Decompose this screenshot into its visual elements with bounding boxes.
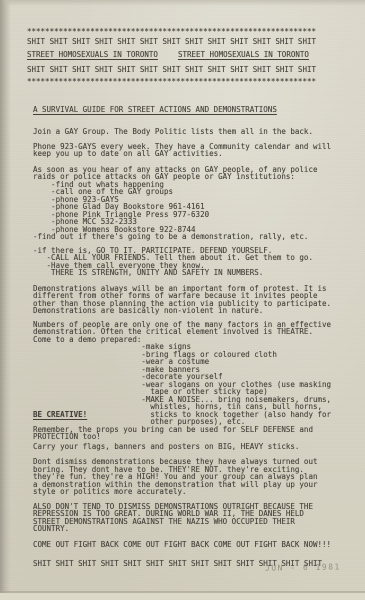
paragraph-join-gay-group: Join a GAY Group. The Body Politic lists… [33,128,351,136]
paragraph-demonstrations-protest: Demonstrations always will be an importa… [33,285,351,315]
scan-edge-bottom-strip [0,593,365,600]
date-stamp: JUN - 6 1981 [265,562,341,572]
scan-edge-top [0,0,365,6]
header-street-line: STREET HOMOSEXUALS IN TORONTOSTREET HOMO… [27,51,351,59]
scan-edge-left [0,0,11,600]
paragraph-dont-dismiss-boring: Dont dismiss demonstrations because they… [33,458,351,496]
typewritten-content: ****************************************… [33,28,351,568]
paragraph-attack-response-list: As soon as you hear of any attacks on GA… [33,166,351,241]
paragraph-carry-flags: Carry your flags, banners and posters on… [33,443,351,451]
paragraph-props-self-defense: Remember, the props you bring can be use… [33,426,351,441]
header-shit-line-bottom: SHIT SHIT SHIT SHIT SHIT SHIT SHIT SHIT … [27,66,351,74]
scanned-flyer-page: ****************************************… [0,0,365,600]
paragraph-participate: -if there is, GO TO IT. PARTICIPATE. DEF… [33,247,351,277]
paragraph-theatre-block: Numbers of people are only one of the ma… [33,321,351,426]
header-shit-line-top: SHIT SHIT SHIT SHIT SHIT SHIT SHIT SHIT … [27,38,351,46]
be-creative-callout: BE CREATIVE! [33,411,87,419]
header-asterisk-line-bottom: ****************************************… [27,78,351,86]
paragraph-repression-danes: ALSO DON'T TEND TO DISMISS DEMONSTRATION… [33,503,351,533]
header-asterisk-line-top: ****************************************… [27,28,351,36]
street-homosexuals-label-right: STREET HOMOSEXUALS IN TORONTO [178,50,309,59]
paragraph-phone-weekly: Phone 923-GAYS every week. They have a C… [33,143,351,158]
paragraph-come-out-fight-back: COME OUT FIGHT BACK COME OUT FIGHT BACK … [33,541,351,549]
street-homosexuals-label-left: STREET HOMOSEXUALS IN TORONTO [27,50,158,59]
page-title: A SURVIVAL GUIDE FOR STREET ACTIONS AND … [33,106,351,114]
